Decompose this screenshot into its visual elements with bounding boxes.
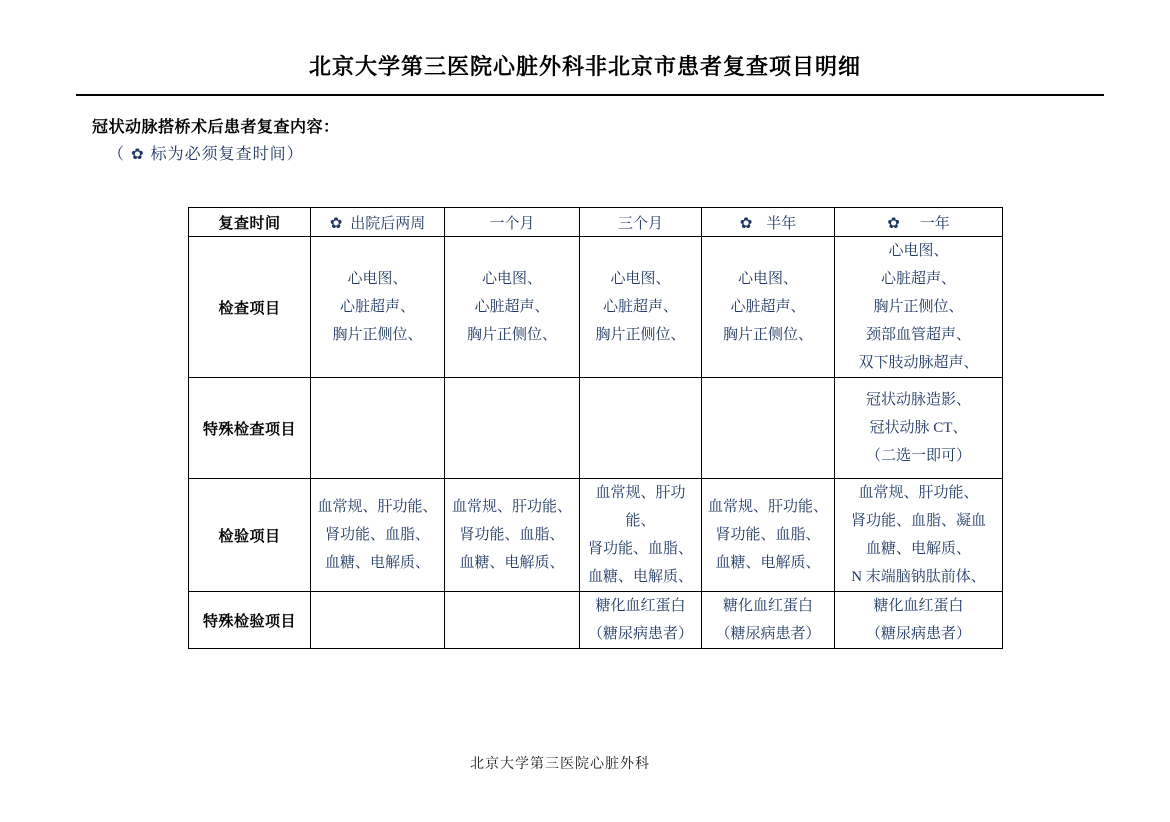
star-icon: ✿: [740, 214, 753, 232]
table-row-lab-test-items: 检验项目 血常规、肝功能、 肾功能、血脂、 血糖、电解质、 血常规、肝功能、 肾…: [189, 479, 1003, 592]
page-title: 北京大学第三医院心脏外科非北京市患者复查项目明细: [0, 50, 1170, 81]
footer-text: 北京大学第三医院心脏外科: [0, 753, 1120, 773]
cell-exam-half-year: 心电图、 心脏超声、 胸片正侧位、: [702, 237, 835, 378]
title-divider: [76, 94, 1104, 96]
table-row-special-exam-items: 特殊检查项目 冠状动脉造影、 冠状动脉 CT、 （二选一即可）: [189, 378, 1003, 479]
cell-lab-one-year: 血常规、肝功能、 肾功能、血脂、凝血 血糖、电解质、 N 末端脑钠肽前体、: [835, 479, 1003, 592]
header-col-one-month: 一个月: [445, 208, 580, 237]
table-header-row: 复查时间 ✿出院后两周 一个月 三个月 ✿半年 ✿一年: [189, 208, 1003, 237]
cell-special-exam-two-weeks: [311, 378, 445, 479]
cell-lab-three-months: 血常规、肝功能、 肾功能、血脂、 血糖、电解质、: [580, 479, 702, 592]
table-row-exam-items: 检查项目 心电图、 心脏超声、 胸片正侧位、 心电图、 心脏超声、 胸片正侧位、…: [189, 237, 1003, 378]
header-col-two-weeks-after-discharge: ✿出院后两周: [311, 208, 445, 237]
header-col-half-year: ✿半年: [702, 208, 835, 237]
section-heading: 冠状动脉搭桥术后患者复查内容：: [92, 114, 340, 137]
cell-lab-two-weeks: 血常规、肝功能、 肾功能、血脂、 血糖、电解质、: [311, 479, 445, 592]
header-col-three-months: 三个月: [580, 208, 702, 237]
cell-exam-one-month: 心电图、 心脏超声、 胸片正侧位、: [445, 237, 580, 378]
legend-note: （✿标为必须复查时间）: [108, 141, 304, 164]
legend-open-paren: （: [108, 146, 125, 163]
header-col-one-year: ✿一年: [835, 208, 1003, 237]
row-label-lab-test-items: 检验项目: [189, 479, 311, 592]
star-icon: ✿: [330, 214, 343, 232]
header-col-label: 三个月: [618, 216, 663, 232]
cell-special-exam-half-year: [702, 378, 835, 479]
cell-special-lab-one-year: 糖化血红蛋白 （糖尿病患者）: [835, 592, 1003, 649]
cell-special-lab-one-month: [445, 592, 580, 649]
star-icon: ✿: [887, 214, 900, 232]
cell-special-exam-one-month: [445, 378, 580, 479]
cell-special-lab-half-year: 糖化血红蛋白 （糖尿病患者）: [702, 592, 835, 649]
cell-special-exam-one-year: 冠状动脉造影、 冠状动脉 CT、 （二选一即可）: [835, 378, 1003, 479]
row-label-special-lab-test-items: 特殊检验项目: [189, 592, 311, 649]
header-col-label: 出院后两周: [350, 216, 425, 232]
legend-label: 标为必须复查时间: [151, 146, 287, 163]
cell-exam-two-weeks: 心电图、 心脏超声、 胸片正侧位、: [311, 237, 445, 378]
cell-special-exam-three-months: [580, 378, 702, 479]
header-col-label: 一个月: [489, 216, 534, 232]
cell-exam-three-months: 心电图、 心脏超声、 胸片正侧位、: [580, 237, 702, 378]
header-review-time: 复查时间: [189, 208, 311, 237]
review-schedule-table: 复查时间 ✿出院后两周 一个月 三个月 ✿半年 ✿一年 检查项目 心电图、 心脏…: [188, 207, 1003, 649]
row-label-special-exam-items: 特殊检查项目: [189, 378, 311, 479]
cell-lab-half-year: 血常规、肝功能、 肾功能、血脂、 血糖、电解质、: [702, 479, 835, 592]
star-icon: ✿: [131, 145, 145, 163]
header-col-label: 一年: [920, 216, 950, 232]
table-row-special-lab-test-items: 特殊检验项目 糖化血红蛋白 （糖尿病患者） 糖化血红蛋白 （糖尿病患者） 糖化血…: [189, 592, 1003, 649]
document-page: 北京大学第三医院心脏外科非北京市患者复查项目明细 冠状动脉搭桥术后患者复查内容：…: [0, 0, 1170, 822]
header-col-label: 半年: [766, 216, 796, 232]
row-label-exam-items: 检查项目: [189, 237, 311, 378]
cell-exam-one-year: 心电图、 心脏超声、 胸片正侧位、 颈部血管超声、 双下肢动脉超声、: [835, 237, 1003, 378]
legend-close-paren: ）: [287, 146, 304, 163]
cell-special-lab-two-weeks: [311, 592, 445, 649]
cell-special-lab-three-months: 糖化血红蛋白 （糖尿病患者）: [580, 592, 702, 649]
cell-lab-one-month: 血常规、肝功能、 肾功能、血脂、 血糖、电解质、: [445, 479, 580, 592]
